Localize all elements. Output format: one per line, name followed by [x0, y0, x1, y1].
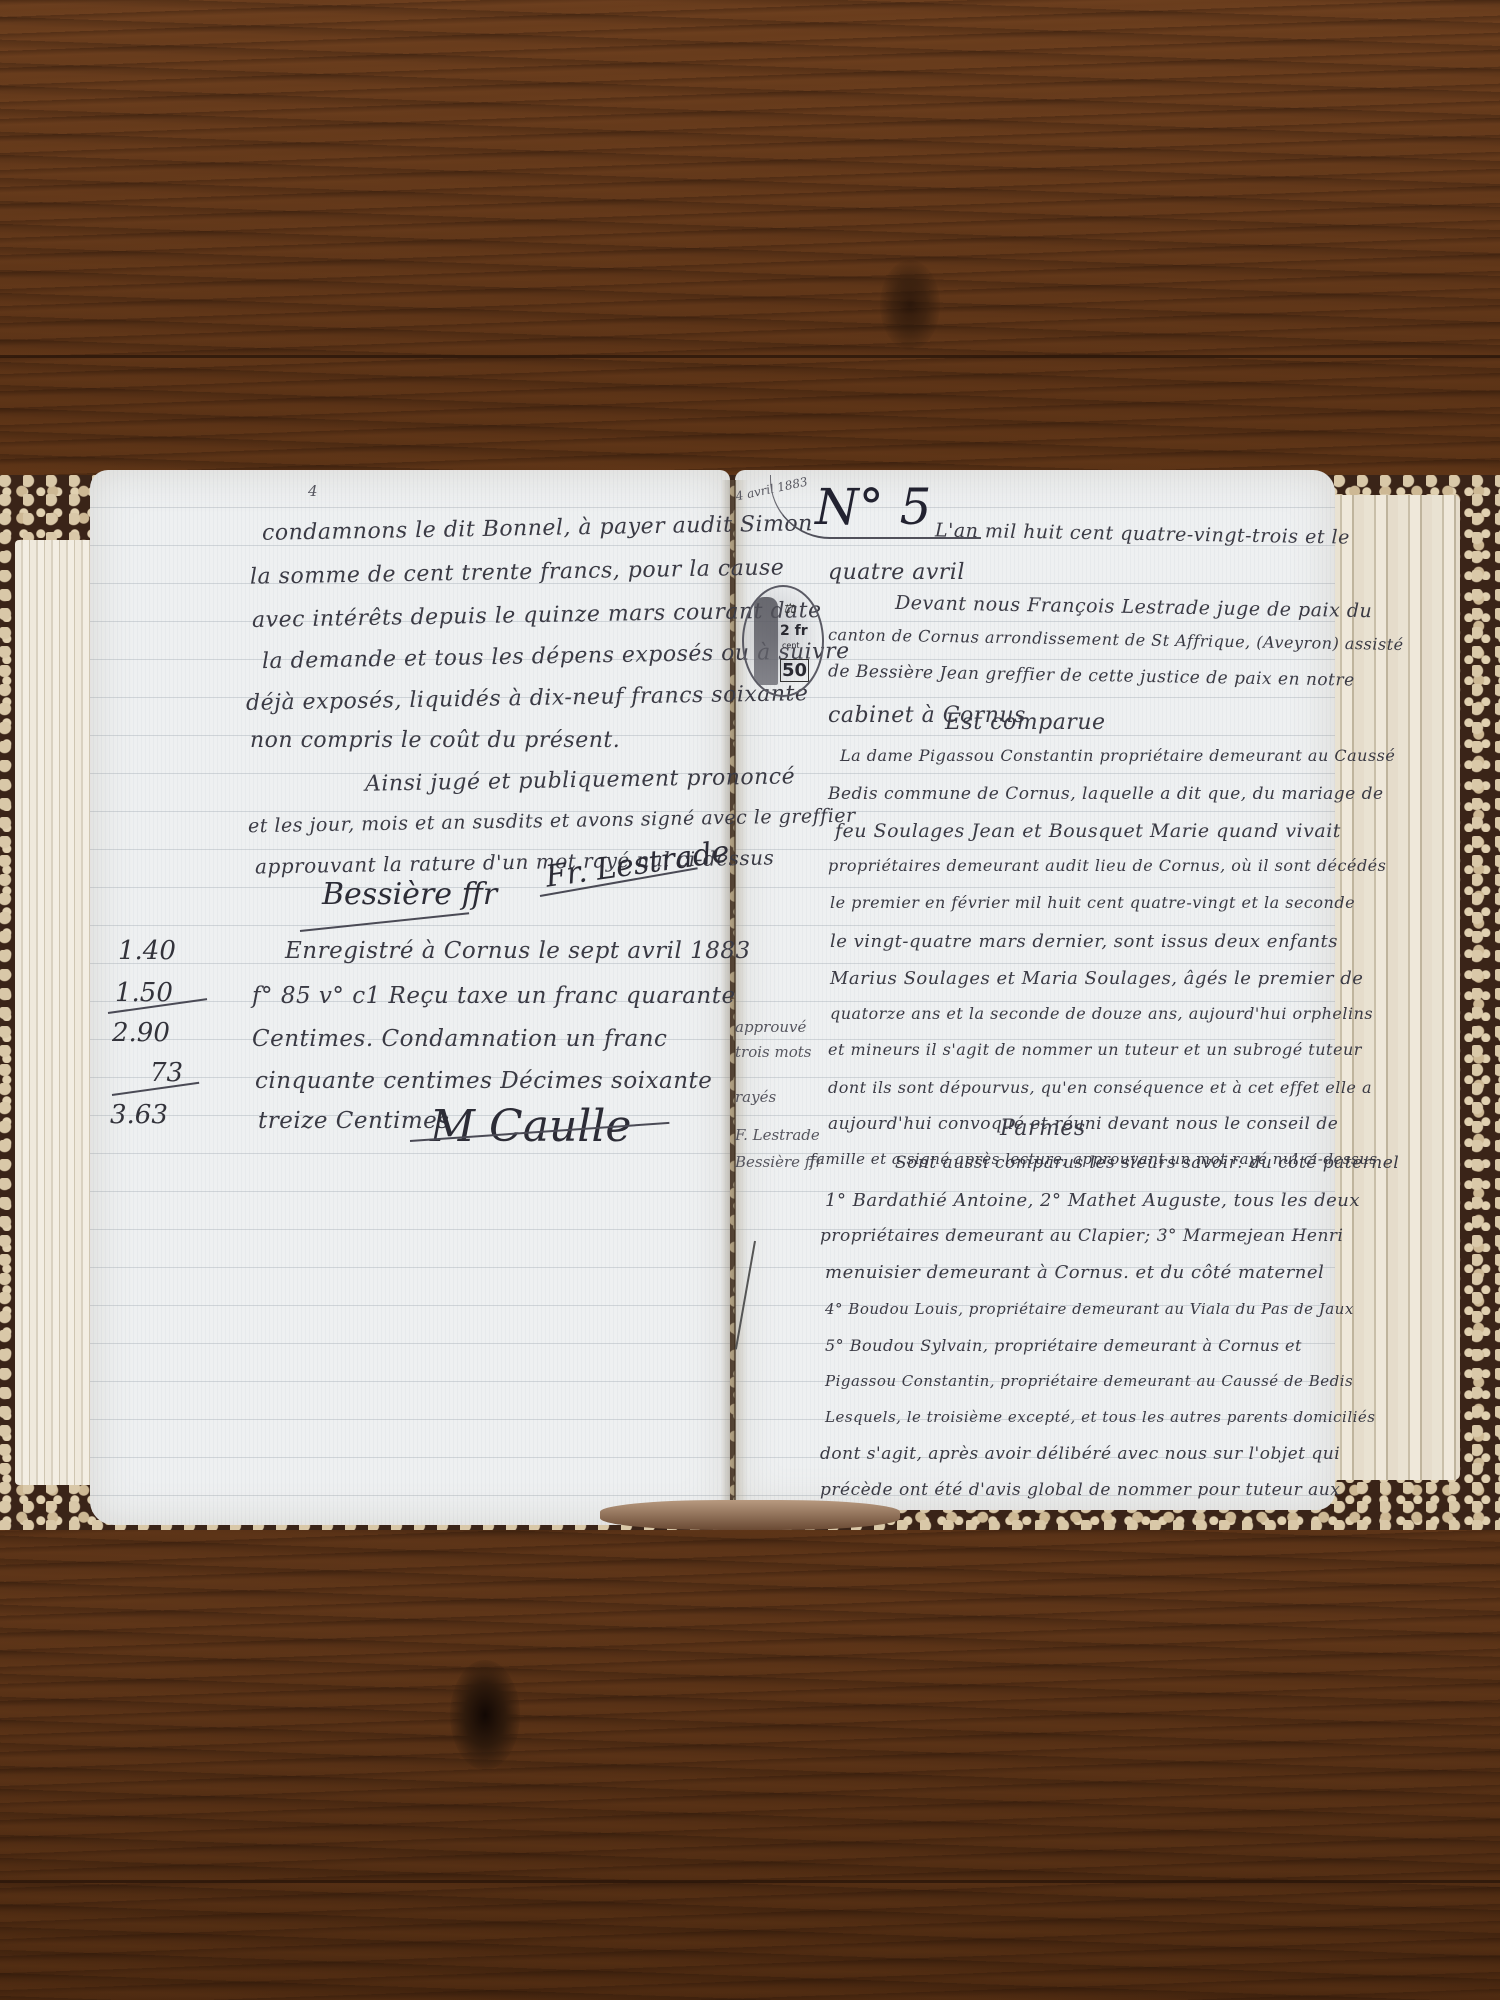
stamp-unit: cent	[782, 641, 800, 650]
text-line: Lesquels, le troisième excepté, et tous …	[825, 1410, 1375, 1425]
margin-note: rayés	[735, 1090, 776, 1105]
text-line: Centimes. Condamnation un franc	[252, 1028, 667, 1051]
wood-knot	[450, 1660, 520, 1770]
text-line: et mineurs il s'agit de nommer un tuteur…	[828, 1042, 1362, 1058]
text-line: Enregistré à Cornus le sept avril 1883	[285, 940, 751, 963]
text-line: f° 85 v° c1 Reçu taxe un franc quarante	[252, 985, 736, 1008]
text-line: feu Soulages Jean et Bousquet Marie quan…	[835, 822, 1341, 841]
book-spine-bottom	[600, 1500, 900, 1530]
stamp-value: 50	[780, 659, 809, 682]
text-line: propriétaires demeurant au Clapier; 3° M…	[820, 1228, 1343, 1245]
fiscal-stamp: ⚖ 2 fr cent 50	[742, 585, 824, 697]
ledger-value: 2.90	[112, 1020, 170, 1046]
text-line: 1° Bardathié Antoine, 2° Mathet Auguste,…	[825, 1192, 1360, 1210]
text-line: quatre avril	[828, 562, 965, 584]
text-line: Pigassou Constantin, propriétaire demeur…	[825, 1374, 1353, 1389]
ledger-value: 1.40	[118, 938, 176, 964]
text-line: cinquante centimes Décimes soixante	[255, 1070, 712, 1093]
margin-note: Bessière ffr	[735, 1155, 823, 1170]
ledger-value: 73	[150, 1060, 183, 1086]
stamp-price: 2 fr	[780, 623, 808, 639]
text-line: le premier en février mil huit cent quat…	[830, 895, 1355, 911]
text-line: dont ils sont dépourvus, qu'en conséquen…	[828, 1080, 1372, 1096]
text-line: Marius Soulages et Maria Soulages, âgés …	[830, 970, 1363, 988]
heading-parmes: Parmes	[1000, 1118, 1086, 1140]
table-plank-seam	[0, 355, 1500, 358]
text-line: treize Centimes	[258, 1110, 450, 1133]
wood-knot	[880, 260, 940, 350]
justice-figure-icon	[754, 597, 778, 685]
text-line: dont s'agit, après avoir délibéré avec n…	[820, 1446, 1340, 1463]
text-line: non compris le coût du présent.	[250, 730, 620, 752]
text-line: précède ont été d'avis global de nommer …	[820, 1482, 1340, 1499]
text-line: 4° Boudou Louis, propriétaire demeurant …	[825, 1302, 1354, 1317]
text-line: Sont aussi comparus les sieurs savoir: d…	[895, 1155, 1399, 1172]
text-line: La dame Pigassou Constantin propriétaire…	[840, 748, 1395, 764]
scales-of-justice-icon: ⚖	[784, 601, 797, 617]
text-line: propriétaires demeurant audit lieu de Co…	[828, 858, 1386, 874]
ledger-value: 3.63	[110, 1102, 168, 1128]
margin-note: F. Lestrade	[735, 1128, 820, 1143]
text-line: Bedis commune de Cornus, laquelle a dit …	[828, 786, 1384, 803]
table-plank-seam	[0, 1880, 1500, 1883]
page-corner-mark: 4	[308, 484, 318, 499]
heading-est-comparue: Est comparue	[945, 712, 1106, 734]
margin-note: approuvé	[735, 1020, 806, 1035]
entry-number: N° 5	[815, 478, 931, 536]
text-line: quatorze ans et la seconde de douze ans,…	[830, 1006, 1373, 1022]
ledger-value: 1.50	[115, 980, 173, 1006]
text-line: 5° Boudou Sylvain, propriétaire demeuran…	[825, 1338, 1302, 1354]
signature-bessiere: Bessière ffr	[322, 880, 497, 910]
page-edges-left	[15, 540, 95, 1485]
text-line: le vingt-quatre mars dernier, sont issus…	[830, 933, 1338, 951]
margin-note: trois mots	[735, 1045, 811, 1060]
text-line: menuisier demeurant à Cornus. et du côté…	[825, 1264, 1324, 1282]
